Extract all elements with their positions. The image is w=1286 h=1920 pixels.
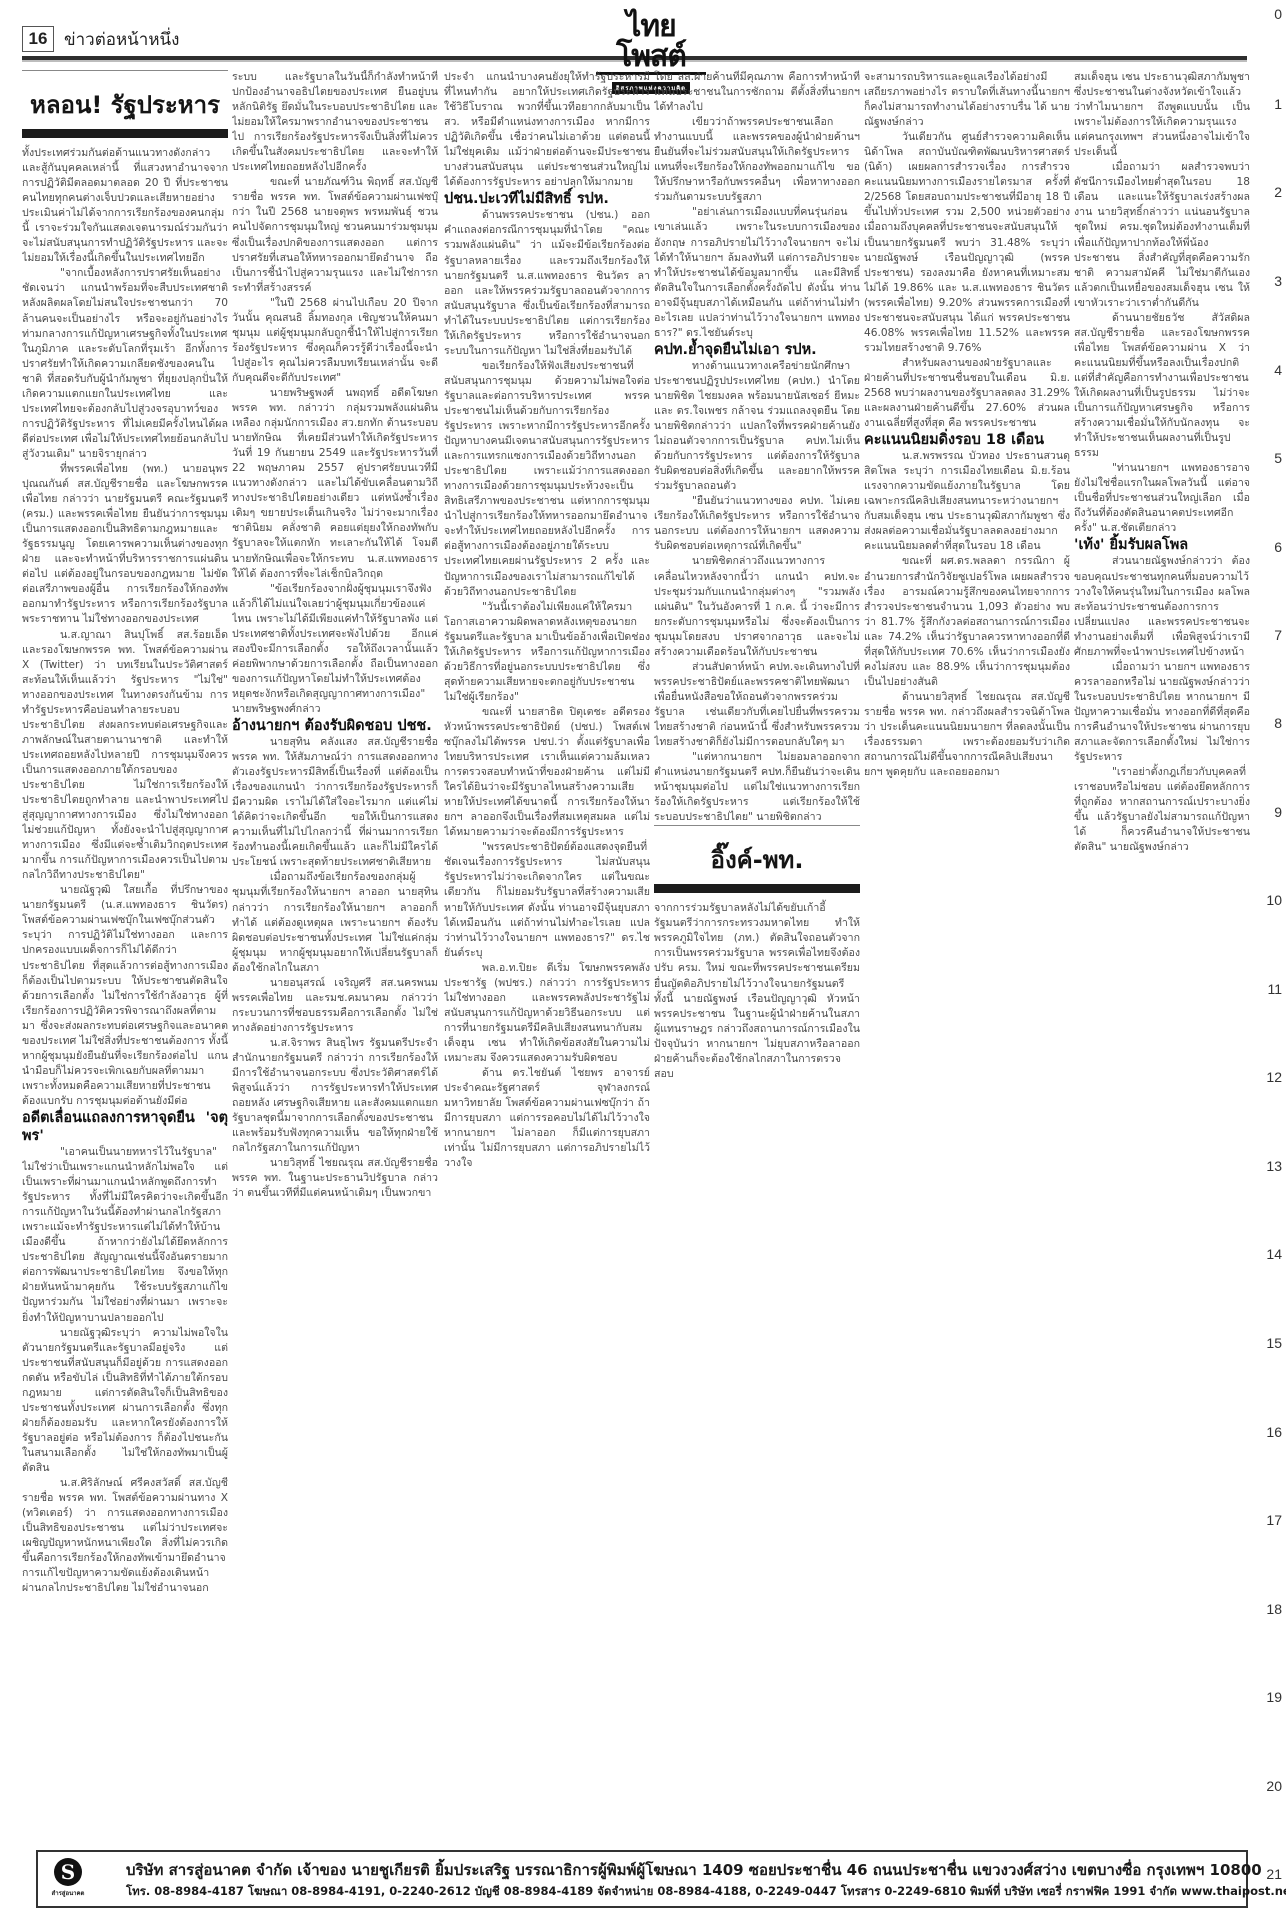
article-column-5: จะสามารถบริหารและดูแลเรื่องได้อย่างมีเสถ…	[864, 70, 1070, 1805]
paragraph: ด้านพรรคประชาชน (ปชน.) ออกคำแถลงต่อกรณีก…	[444, 208, 650, 358]
paragraph: "จากเบื้องหลังการปราศรัยเห็นอย่างชัดเจนว…	[22, 266, 228, 462]
paragraph: โดย สส.ฝ่ายค้านที่มีคุณภาพ คือการทำหน้าท…	[654, 70, 860, 115]
article-column-6: สมเด็จฮุน เซน ประธานวุฒิสภากัมพูชา ซึ่งป…	[1074, 70, 1250, 1805]
paragraph: ระบบ และรัฐบาลในวันนี้ก็กำลังทำหน้าที่ปก…	[232, 70, 438, 175]
row-number: 7	[1274, 627, 1282, 643]
paragraph: "ท่านนายกฯ แพทองธารอาจยังไม่ใช่ชื่อแรกใน…	[1074, 461, 1250, 536]
paragraph: นายสุทิน คลังแสง สส.บัญชีรายชื่อ พรรค พท…	[232, 735, 438, 870]
paragraph: วันเดียวกัน ศูนย์สำรวจความคิดเห็นนิด้าโพ…	[864, 130, 1070, 356]
paragraph: "พรรคประชาธิปัตย์ต้องแสดงจุดยืนที่ชัดเจน…	[444, 840, 650, 960]
subheading: อ้างนายกฯ ต้องรับผิดชอบ ปชช.	[232, 717, 438, 735]
publisher-line: บริษัท สารสู่อนาคต จำกัด เจ้าของ นายชูเก…	[126, 1858, 1262, 1882]
publisher-footer: S สำรสู่อนาคต บริษัท สารสู่อนาคต จำกัด เ…	[36, 1850, 1248, 1908]
paragraph: ด้าน ดร.ไชยันต์ ไชยพร อาจารย์ประจำคณะรัฐ…	[444, 1066, 650, 1171]
paragraph: "แต่หากนายกฯ ไม่ยอมลาออกจากตำแหน่งนายกรั…	[654, 750, 860, 825]
paragraph: ที่พรรคเพื่อไทย (พท.) นายอนุพร ปุณณกันต์…	[22, 462, 228, 628]
section-title: ข่าวต่อหน้าหนึ่ง	[64, 26, 179, 53]
paragraph: ส่วนนายณัฐพงษ์กล่าวว่า ต้องขอบคุณประชาชน…	[1074, 554, 1250, 659]
headline-box: หลอน! รัฐประหาร	[22, 70, 228, 138]
paragraph: "ในปี 2568 ผ่านไปเกือบ 20 ปีจากวันนั้น ค…	[232, 296, 438, 386]
row-number: 12	[1266, 1069, 1282, 1085]
paragraph: "เอาคนเป็นนายทหารไว้ในรัฐบาล" ไม่ใช่ว่าเ…	[22, 1145, 228, 1326]
row-number: 8	[1274, 715, 1282, 731]
sub-headline: อิ๊งค์-พท.	[711, 846, 804, 874]
sub-headline-box: อิ๊งค์-พท.	[654, 825, 860, 893]
paragraph: นายอนุสรณ์ เจริญศรี สส.นครพนม พรรคเพื่อไ…	[232, 976, 438, 1036]
paragraph: เขียวว่าถ้าพรรคประชาชนเลือกทำงานแบบนี้ แ…	[654, 115, 860, 205]
subheading: ปชน.ปะเวทีไม่มีสิทธิ์ รปห.	[444, 190, 650, 208]
paragraph: ด้านนายวิสุทธิ์ ไชยณรุณ สส.บัญชีรายชื่อ …	[864, 690, 1070, 780]
paragraph: "อย่าเล่นการเมืองแบบที่คนรุ่นก่อนเขาเล่น…	[654, 205, 860, 340]
paragraph: น.ส.พรพรรณ บัวทอง ประธานสวนดุสิตโพล ระบุ…	[864, 449, 1070, 554]
article-column-4: โดย สส.ฝ่ายค้านที่มีคุณภาพ คือการทำหน้าท…	[654, 70, 860, 1805]
paragraph: นายพริษฐพงศ์ นพฤทธิ์ อดีตโฆษกพรรค พท. กล…	[232, 386, 438, 582]
paragraph: สมเด็จฮุน เซน ประธานวุฒิสภากัมพูชา ซึ่งป…	[1074, 70, 1250, 160]
row-number: 15	[1266, 1335, 1282, 1351]
paragraph: นายณัฐวุฒิ ใสยเกื้อ ที่ปรึกษาของนายกรัฐม…	[22, 883, 228, 1109]
paragraph: เมื่อถามถึงข้อเรียกร้องของกลุ่มผู้ชุมนุม…	[232, 870, 438, 975]
row-number: 6	[1274, 539, 1282, 555]
paragraph: ขณะที่ นายสาธิต ปิตุเตชะ อดีตรองหัวหน้าพ…	[444, 705, 650, 840]
paragraph: นายวิสุทธิ์ ไชยณรุณ สส.บัญชีรายชื่อพรรค …	[232, 1156, 438, 1201]
paragraph: เมื่อถามว่า ผลสำรวจพบว่าดัชนีการเมืองไทย…	[1074, 160, 1250, 310]
row-number: 4	[1274, 362, 1282, 378]
main-headline: หลอน! รัฐประหาร	[30, 91, 220, 119]
masthead-logo: ไทยโพสต์ อิสรภาพแห่งความคิด	[596, 12, 706, 52]
paragraph: ขอเรียกร้องให้ฟังเสียงประชาชนที่สนับสนุน…	[444, 359, 650, 600]
swirl-logo-icon: S	[54, 1858, 82, 1886]
paragraph: เมื่อถามว่า นายกฯ แพทองธารควรลาออกหรือไม…	[1074, 660, 1250, 765]
paragraph: น.ส.ญาณา สินปุโพธิ์ สส.ร้อยเอ็ด และรองโฆ…	[22, 628, 228, 884]
paragraph: น.ส.ศิริลักษณ์ ศรีคงสวัสดิ์ สส.บัญชีรายช…	[22, 1476, 228, 1596]
paragraph: ทางด้านแนวทางเครือข่ายนักศึกษาประชาชนปฏิ…	[654, 359, 860, 494]
publisher-emblem: S สำรสู่อนาคต	[48, 1858, 88, 1900]
subheading: คปท.ย้ำจุดยืนไม่เอา รปห.	[654, 341, 860, 359]
paragraph: น.ส.จิราพร สินธุไพร รัฐมนตรีประจำสำนักนา…	[232, 1036, 438, 1156]
subheading: คะแนนนิยมดิ่งรอบ 18 เดือน	[864, 431, 1070, 449]
row-number: 20	[1266, 1778, 1282, 1794]
row-number: 9	[1274, 804, 1282, 820]
row-number: 21	[1266, 1866, 1282, 1882]
paragraph: "วันนี้เราต้องไม่เพียงแค่ให้ใครมาโอกาสเอ…	[444, 600, 650, 705]
paragraph: ด้านนายชัยธวัช สัวัสดิผล สส.บัญชีรายชื่อ…	[1074, 311, 1250, 461]
paragraph: "ยืนยันว่าแนวทางของ คปท. ไม่เคยเรียกร้อง…	[654, 494, 860, 554]
subheading: อดีตเลื่อนแถลงการหาจุดยืน 'จตุพร'	[22, 1109, 228, 1145]
paragraph: สำหรับผลงานของฝ่ายรัฐบาลและฝ่ายค้านที่ปร…	[864, 356, 1070, 431]
row-number: 19	[1266, 1689, 1282, 1705]
article-column-3: ประจำ แกนนำบางคนยังยุให้ทำรัฐประหารมีที่…	[444, 70, 650, 1805]
paragraph: ขณะที่ นายภัณฑ์วิน พิฤทธิ์ สส.บัญชีรายชื…	[232, 175, 438, 295]
paragraph: พล.อ.ท.ปิยะ ดีเริ่ม โฆษกพรรคพลังประชารัฐ…	[444, 961, 650, 1066]
row-number: 1	[1274, 96, 1282, 112]
row-number: 10	[1266, 892, 1282, 908]
row-number: 0	[1274, 6, 1282, 22]
row-number: 17	[1266, 1512, 1282, 1528]
paragraph: "เราอย่าตั้งกฎเกี่ยวกับบุคคลที่เราชอบหรื…	[1074, 765, 1250, 855]
row-number: 14	[1266, 1246, 1282, 1262]
row-number: 13	[1266, 1158, 1282, 1174]
contact-line: โทร. 08-8984-4187 โฆษณา 08-8984-4191, 0-…	[126, 1883, 1286, 1901]
row-number: 11	[1267, 981, 1282, 997]
row-number: 2	[1274, 184, 1282, 200]
paragraph: ส่วนสัปดาห์หน้า คปท.จะเดินทางไปที่พรรคปร…	[654, 660, 860, 750]
paragraph: นายพิชิตกล่าวถึงแนวทางการเคลื่อนไหวหลังจ…	[654, 554, 860, 659]
newspaper-page: 16 ข่าวต่อหน้าหนึ่ง ไทยโพสต์ อิสรภาพแห่ง…	[0, 0, 1286, 1920]
paragraph: ทั้งประเทศร่วมกันต่อต้านแนวทางดังกล่าว แ…	[22, 146, 228, 266]
row-number: 3	[1274, 273, 1282, 289]
paragraph: ขณะที่ ผศ.ดร.พลลดา กรรณิกา ผู้อำนวยการสำ…	[864, 554, 1070, 689]
paragraph: จะสามารถบริหารและดูแลเรื่องได้อย่างมีเสถ…	[864, 70, 1070, 130]
row-number: 18	[1266, 1601, 1282, 1617]
row-number: 5	[1274, 450, 1282, 466]
article-column-2: ระบบ และรัฐบาลในวันนี้ก็กำลังทำหน้าที่ปก…	[232, 70, 438, 1805]
subheading: 'เท้ง' ยิ้มรับผลโพล	[1074, 536, 1250, 554]
row-number-gutter: 0123456789101112131415161718192021	[1258, 0, 1286, 1920]
emblem-caption: สำรสู่อนาคต	[48, 1888, 88, 1898]
sub-article-lead: จากการร่วมรัฐบาลหลังไม่ได้ขยับเก้าอี้รัฐ…	[654, 901, 860, 1082]
paragraph: นายณัฐวุฒิระบุว่า ความไม่พอใจในตัวนายกรั…	[22, 1326, 228, 1476]
paragraph: ประจำ แกนนำบางคนยังยุให้ทำรัฐประหารมีที่…	[444, 70, 650, 190]
row-number: 16	[1266, 1424, 1282, 1440]
logo-name: ไทยโพสต์	[596, 12, 706, 75]
article-column-1: หลอน! รัฐประหาร ทั้งประเทศร่วมกันต่อต้าน…	[22, 70, 228, 1805]
page-number: 16	[22, 26, 54, 52]
paragraph: "ข้อเรียกร้องจากฝั่งผู้ชุมนุมเราจึงฟังแล…	[232, 582, 438, 717]
